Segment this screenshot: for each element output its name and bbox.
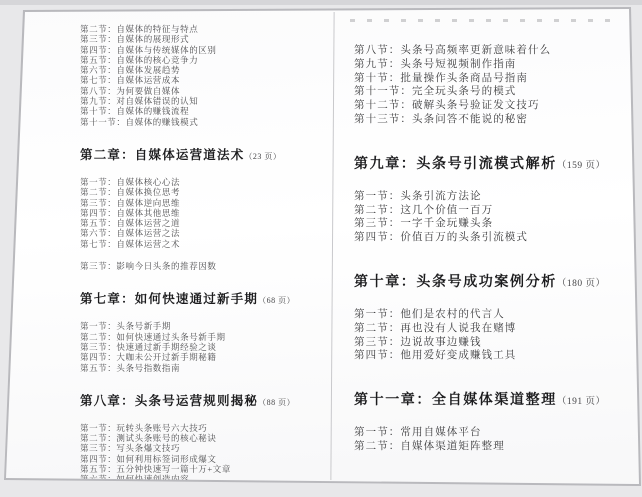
section-item: 第一节：头条号新手期 [80, 321, 332, 331]
scan-background: 第二节：自媒体的特征与特点第三节：自媒体的展现形式第四节：自媒体与传统媒体的区别… [0, 0, 642, 497]
section-item: 第三节：自媒体的展现形式 [80, 34, 332, 44]
chapter-title: 第十章：头条号成功案例分析 [354, 275, 557, 290]
section-item: 第四节：他用爱好变成赚钱工具 [354, 349, 634, 363]
section-item: 第八节：为何要做自媒体 [80, 86, 332, 96]
section-item: 第二节：自媒体的特征与特点 [80, 24, 332, 34]
chapter-title: 第九章：头条号引流模式解析 [354, 157, 557, 172]
section-item: 第十节：批量操作头条商品号指南 [354, 72, 634, 86]
section-item: 第二节：如何快速通过头条号新手期 [80, 332, 332, 342]
section-item: 第二节：自媒体换位思考 [80, 187, 332, 197]
section-item: 第一节：头条引流方法论 [354, 190, 634, 204]
toc-right-page: 第八节：头条号高频率更新意味着什么第九节：头条号短视频制作指南第十节：批量操作头… [354, 44, 634, 454]
chapter-heading: 第九章：头条号引流模式解析（159 页） [354, 155, 634, 176]
section-item: 第四节：如何利用标签词形成爆文 [80, 454, 332, 464]
chapter-heading: 第十章：头条号成功案例分析（180 页） [354, 273, 634, 294]
chapter-page-count: （159 页） [557, 161, 606, 171]
chapter-title: 第二章：自媒体运营道法术 [80, 148, 244, 162]
section-group: 第一节：他们是农村的代言人第二节：再也没有人说我在赌博第三节：边说故事边赚钱第四… [354, 308, 634, 363]
section-group: 第一节：头条号新手期第二节：如何快速通过头条号新手期第三节：快速通过新手期经验之… [80, 321, 332, 372]
section-item: 第十二节：破解头条号验证发文技巧 [354, 99, 634, 113]
section-item: 第三节：一字千金玩赚头条 [354, 217, 634, 231]
section-item: 第五节：五分钟快速写一篇十万+文章 [80, 464, 332, 474]
section-item: 第五节：自媒体运营之道 [80, 218, 332, 228]
section-item: 第一节：常用自媒体平台 [354, 426, 634, 440]
chapter-page-count: （88 页） [258, 398, 295, 407]
section-group: 第八节：头条号高频率更新意味着什么第九节：头条号短视频制作指南第十节：批量操作头… [354, 44, 634, 127]
section-group: 第一节：自媒体核心心法第二节：自媒体换位思考第三节：自媒体逆向思维第四节：自媒体… [80, 177, 332, 249]
chapter-heading: 第十一章：全自媒体渠道整理（191 页） [354, 391, 634, 412]
background-top-band [0, 0, 642, 5]
section-item: 第二节：测试头条账号的核心秘诀 [80, 433, 332, 443]
section-item: 第十一节：完全玩头条号的模式 [354, 85, 634, 99]
section-group: 第一节：头条引流方法论第二节：这几个价值一百万第三节：一字千金玩赚头条第四节：价… [354, 190, 634, 245]
section-item: 第四节：自媒体与传统媒体的区别 [80, 45, 332, 55]
chapter-heading: 第七章：如何快速通过新手期（68 页） [80, 291, 332, 309]
section-item: 第三节：影响今日头条的推荐因数 [80, 261, 332, 271]
chapter-page-count: （68 页） [258, 296, 295, 305]
section-item: 第一节：自媒体核心心法 [80, 177, 332, 187]
section-item: 第一节：他们是农村的代言人 [354, 308, 634, 322]
section-item: 第七节：头条号标题技巧综合揭秘 [80, 485, 332, 492]
section-item: 第八节：头条号高频率更新意味着什么 [354, 44, 634, 58]
section-item: 第九节：头条号短视频制作指南 [354, 58, 634, 72]
section-item: 第三节：写头条爆文技巧 [80, 443, 332, 453]
chapter-page-count: （180 页） [557, 279, 606, 289]
section-item: 第六节：自媒体运营之法 [80, 228, 332, 238]
section-item: 第三节：快速通过新手期经验之谈 [80, 342, 332, 352]
chapter-page-count: （23 页） [244, 152, 281, 161]
paper-sheet: 第二节：自媒体的特征与特点第三节：自媒体的展现形式第四节：自媒体与传统媒体的区别… [0, 0, 642, 497]
chapter-heading: 第二章：自媒体运营道法术（23 页） [80, 147, 332, 165]
section-item: 第七节：自媒体运营成本 [80, 75, 332, 85]
chapter-title: 第七章：如何快速通过新手期 [80, 292, 258, 306]
section-item: 第十一节：自媒体的赚钱模式 [80, 117, 332, 127]
toc-left-page: 第二节：自媒体的特征与特点第三节：自媒体的展现形式第四节：自媒体与传统媒体的区别… [80, 24, 332, 492]
section-item: 第四节：自媒体其他思维 [80, 208, 332, 218]
section-item: 第五节：自媒体的核心竞争力 [80, 55, 332, 65]
section-item: 第二节：自媒体渠道矩阵整理 [354, 440, 634, 454]
section-item: 第二节：这几个价值一百万 [354, 204, 634, 218]
chapter-title: 第八章：头条号运营规则揭秘 [80, 394, 258, 408]
section-item: 第一节：玩转头条账号六大技巧 [80, 423, 332, 433]
section-item: 第五节：头条号指数指南 [80, 363, 332, 373]
section-item: 第三节：边说故事边赚钱 [354, 336, 634, 350]
section-group: 第三节：影响今日头条的推荐因数 [80, 261, 332, 271]
chapter-title: 第十一章：全自媒体渠道整理 [354, 393, 557, 408]
clipped-section-item: 第七节：头条号标题技巧综合揭秘 [80, 485, 332, 492]
chapter-heading: 第八章：头条号运营规则揭秘（88 页） [80, 393, 332, 411]
section-item: 第十节：自媒体的赚钱流程 [80, 106, 332, 116]
section-item: 第七节：自媒体运营之术 [80, 239, 332, 249]
section-item: 第四节：价值百万的头条引流模式 [354, 231, 634, 245]
section-item: 第六节：自媒体发展趋势 [80, 65, 332, 75]
section-item: 第九节：对自媒体错误的认知 [80, 96, 332, 106]
section-item: 第十三节：头条问答不能说的秘密 [354, 113, 634, 127]
section-group: 第二节：自媒体的特征与特点第三节：自媒体的展现形式第四节：自媒体与传统媒体的区别… [80, 24, 332, 127]
section-item: 第二节：再也没有人说我在赌博 [354, 322, 634, 336]
section-item: 第四节：大咖未公开过新手期秘籍 [80, 352, 332, 362]
cropped-text-remnant [350, 19, 622, 22]
section-item: 第三节：自媒体逆向思维 [80, 198, 332, 208]
chapter-page-count: （191 页） [557, 397, 606, 407]
section-group: 第一节：常用自媒体平台第二节：自媒体渠道矩阵整理 [354, 426, 634, 454]
